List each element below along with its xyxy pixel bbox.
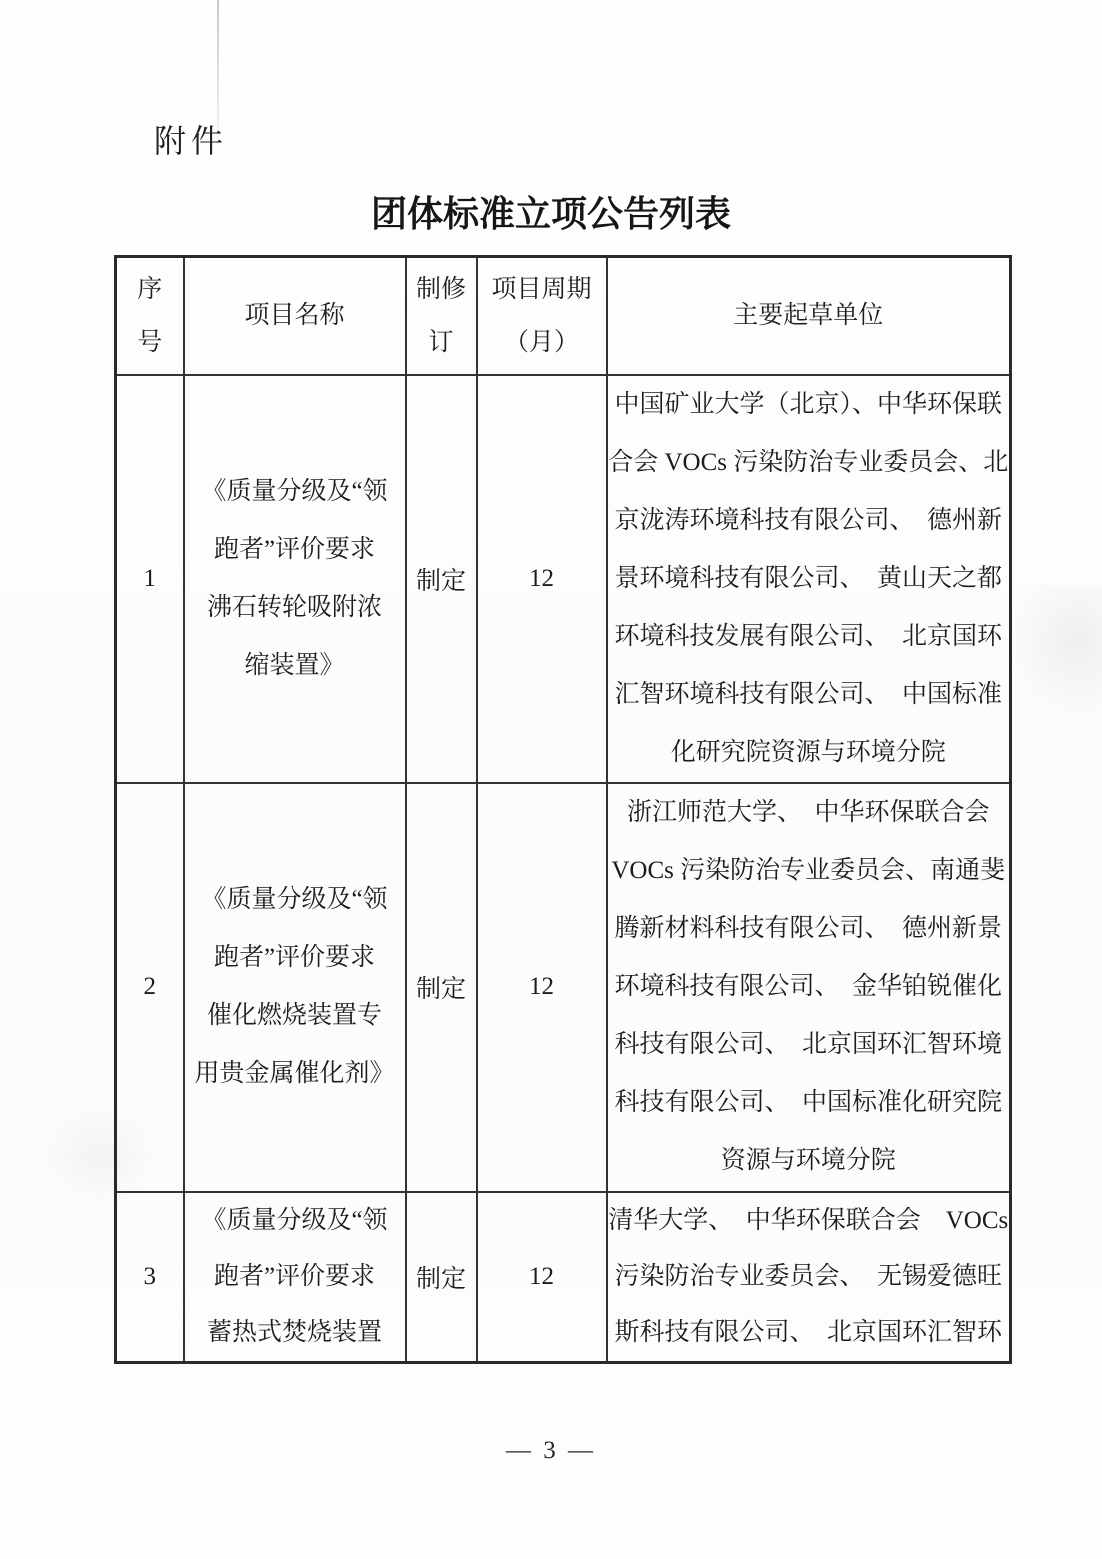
cell-project-period: 12: [477, 375, 607, 783]
standards-table: 序 号 项目名称 制修 订 项目周期 （月） 主要起草单位 1 《质量分级及“领…: [114, 255, 1012, 1364]
document-page: 附件 团体标准立项公告列表 序 号 项目名称 制修 订 项目周期 （月） 主要起…: [0, 0, 1102, 1559]
scan-artifact-smudge: [1002, 585, 1102, 725]
page-number: — 3 —: [0, 1437, 1102, 1465]
cell-index: 1: [116, 375, 184, 783]
table-row: 1 《质量分级及“领 跑者”评价要求 沸石转轮吸附浓 缩装置》 制定 12 中国…: [116, 375, 1011, 783]
header-project-name: 项目名称: [184, 257, 406, 375]
table-row: 2 《质量分级及“领 跑者”评价要求 催化燃烧装置专 用贵金属催化剂》 制定 1…: [116, 783, 1011, 1192]
cell-project-name: 《质量分级及“领 跑者”评价要求 沸石转轮吸附浓 缩装置》: [184, 375, 406, 783]
header-revision-type: 制修 订: [406, 257, 477, 375]
cell-project-name: 《质量分级及“领 跑者”评价要求 蓄热式焚烧装置: [184, 1192, 406, 1363]
table-header-row: 序 号 项目名称 制修 订 项目周期 （月） 主要起草单位: [116, 257, 1011, 375]
attachment-label: 附件: [154, 116, 228, 162]
cell-drafting-units: 浙江师范大学、 中华环保联合会 VOCs 污染防治专业委员会、南通斐 腾新材料科…: [607, 783, 1011, 1192]
cell-revision-type: 制定: [406, 375, 477, 783]
cell-drafting-units: 中国矿业大学（北京）、中华环保联 合会 VOCs 污染防治专业委员会、北 京泷涛…: [607, 375, 1011, 783]
header-drafting-units: 主要起草单位: [607, 257, 1011, 375]
cell-revision-type: 制定: [406, 783, 477, 1192]
cell-project-name: 《质量分级及“领 跑者”评价要求 催化燃烧装置专 用贵金属催化剂》: [184, 783, 406, 1192]
page-title: 团体标准立项公告列表: [0, 186, 1102, 237]
header-project-period: 项目周期 （月）: [477, 257, 607, 375]
header-index: 序 号: [116, 257, 184, 375]
cell-revision-type: 制定: [406, 1192, 477, 1363]
table-row: 3 《质量分级及“领 跑者”评价要求 蓄热式焚烧装置 制定 12 清华大学、 中…: [116, 1192, 1011, 1363]
cell-project-period: 12: [477, 783, 607, 1192]
cell-index: 3: [116, 1192, 184, 1363]
cell-project-period: 12: [477, 1192, 607, 1363]
cell-index: 2: [116, 783, 184, 1192]
cell-drafting-units: 清华大学、 中华环保联合会 VOCs 污染防治专业委员会、 无锡爱德旺 斯科技有…: [607, 1192, 1011, 1363]
